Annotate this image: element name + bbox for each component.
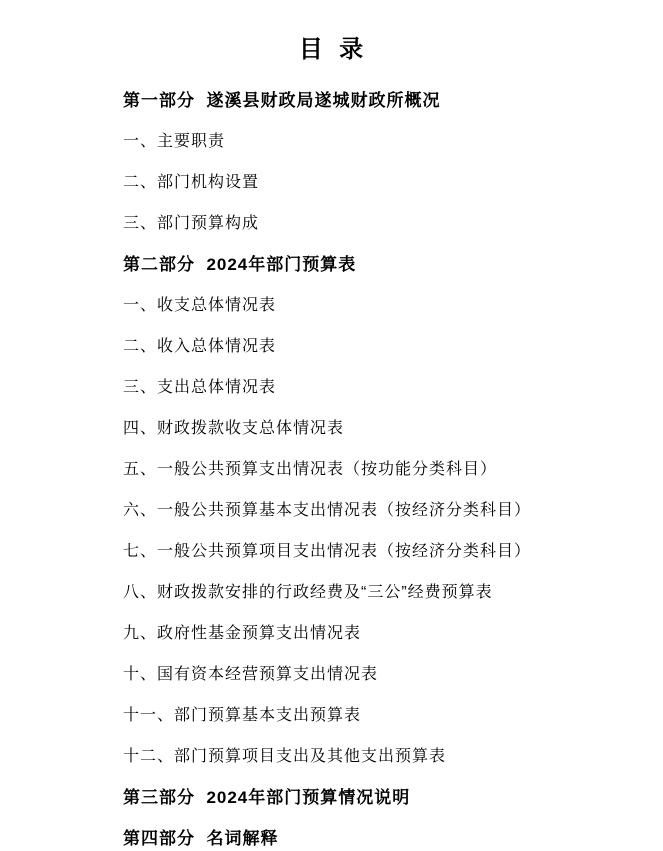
toc-section-heading: 第四部分 名词解释 (123, 830, 603, 847)
toc-item: 七、一般公共预算项目支出情况表（按经济分类科目） (123, 543, 603, 560)
toc-item: 一、收支总体情况表 (123, 297, 603, 314)
toc-item: 二、部门机构设置 (123, 174, 603, 191)
toc-item: 三、支出总体情况表 (123, 379, 603, 396)
toc-item: 四、财政拨款收支总体情况表 (123, 420, 603, 437)
toc-item: 十、国有资本经营预算支出情况表 (123, 666, 603, 683)
toc-item: 六、一般公共预算基本支出情况表（按经济分类科目） (123, 502, 603, 519)
toc-section-heading: 第一部分 遂溪县财政局遂城财政所概况 (123, 92, 603, 109)
toc-list: 第一部分 遂溪县财政局遂城财政所概况一、主要职责二、部门机构设置三、部门预算构成… (123, 92, 603, 847)
toc-item: 二、收入总体情况表 (123, 338, 603, 355)
page-title: 目 录 (0, 36, 663, 64)
document-page: 目 录 第一部分 遂溪县财政局遂城财政所概况一、主要职责二、部门机构设置三、部门… (0, 0, 663, 851)
toc-item: 十一、部门预算基本支出预算表 (123, 707, 603, 724)
toc-item: 九、政府性基金预算支出情况表 (123, 625, 603, 642)
toc-item: 十二、部门预算项目支出及其他支出预算表 (123, 748, 603, 765)
toc-item: 五、一般公共预算支出情况表（按功能分类科目） (123, 461, 603, 478)
toc-item: 八、财政拨款安排的行政经费及“三公”经费预算表 (123, 584, 603, 601)
toc-item: 一、主要职责 (123, 133, 603, 150)
toc-section-heading: 第二部分 2024年部门预算表 (123, 256, 603, 273)
toc-item: 三、部门预算构成 (123, 215, 603, 232)
toc-section-heading: 第三部分 2024年部门预算情况说明 (123, 789, 603, 806)
